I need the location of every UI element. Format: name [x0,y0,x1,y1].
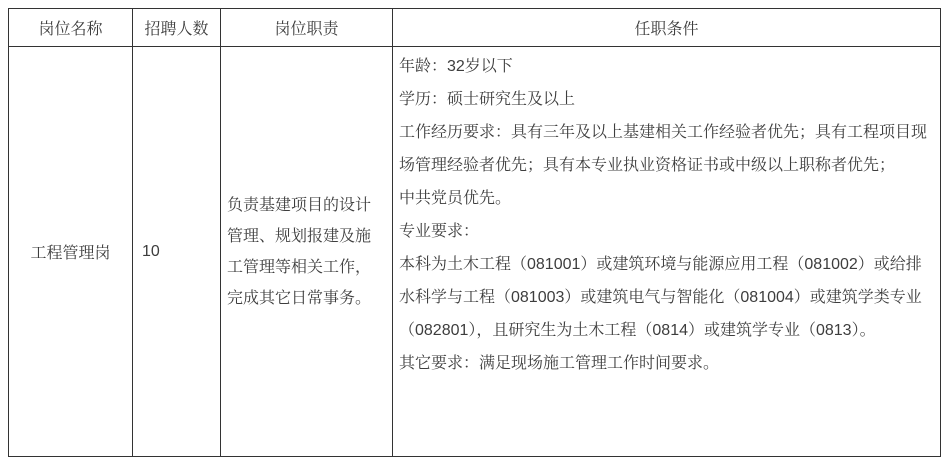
requirement-age: 年龄：32岁以下 [399,50,930,83]
cell-headcount: 10 [133,47,221,457]
requirement-party-membership: 中共党员优先。 [399,182,930,215]
header-duties: 岗位职责 [221,9,393,47]
requirement-other: 其它要求：满足现场施工管理工作时间要求。 [399,347,930,380]
cell-position-name: 工程管理岗 [9,47,133,457]
header-row: 岗位名称 招聘人数 岗位职责 任职条件 [9,9,941,47]
cell-duties: 负责基建项目的设计管理、规划报建及施工管理等相关工作，完成其它日常事务。 [221,47,393,457]
cell-requirements: 年龄：32岁以下 学历：硕士研究生及以上 工作经历要求：具有三年及以上基建相关工… [393,47,941,457]
header-requirements: 任职条件 [393,9,941,47]
requirement-major-detail: 本科为土木工程（081001）或建筑环境与能源应用工程（081002）或给排水科… [399,248,930,347]
requirement-major-label: 专业要求： [399,215,930,248]
requirement-education: 学历：硕士研究生及以上 [399,83,930,116]
requirement-work-experience: 工作经历要求：具有三年及以上基建相关工作经验者优先；具有工程项目现场管理经验者优… [399,116,930,182]
table-row: 工程管理岗 10 负责基建项目的设计管理、规划报建及施工管理等相关工作，完成其它… [9,47,941,457]
header-position-name: 岗位名称 [9,9,133,47]
header-headcount: 招聘人数 [133,9,221,47]
document-page: 岗位名称 招聘人数 岗位职责 任职条件 工程管理岗 10 负责基建项目的设计管理… [0,0,948,461]
job-posting-table: 岗位名称 招聘人数 岗位职责 任职条件 工程管理岗 10 负责基建项目的设计管理… [8,8,941,457]
